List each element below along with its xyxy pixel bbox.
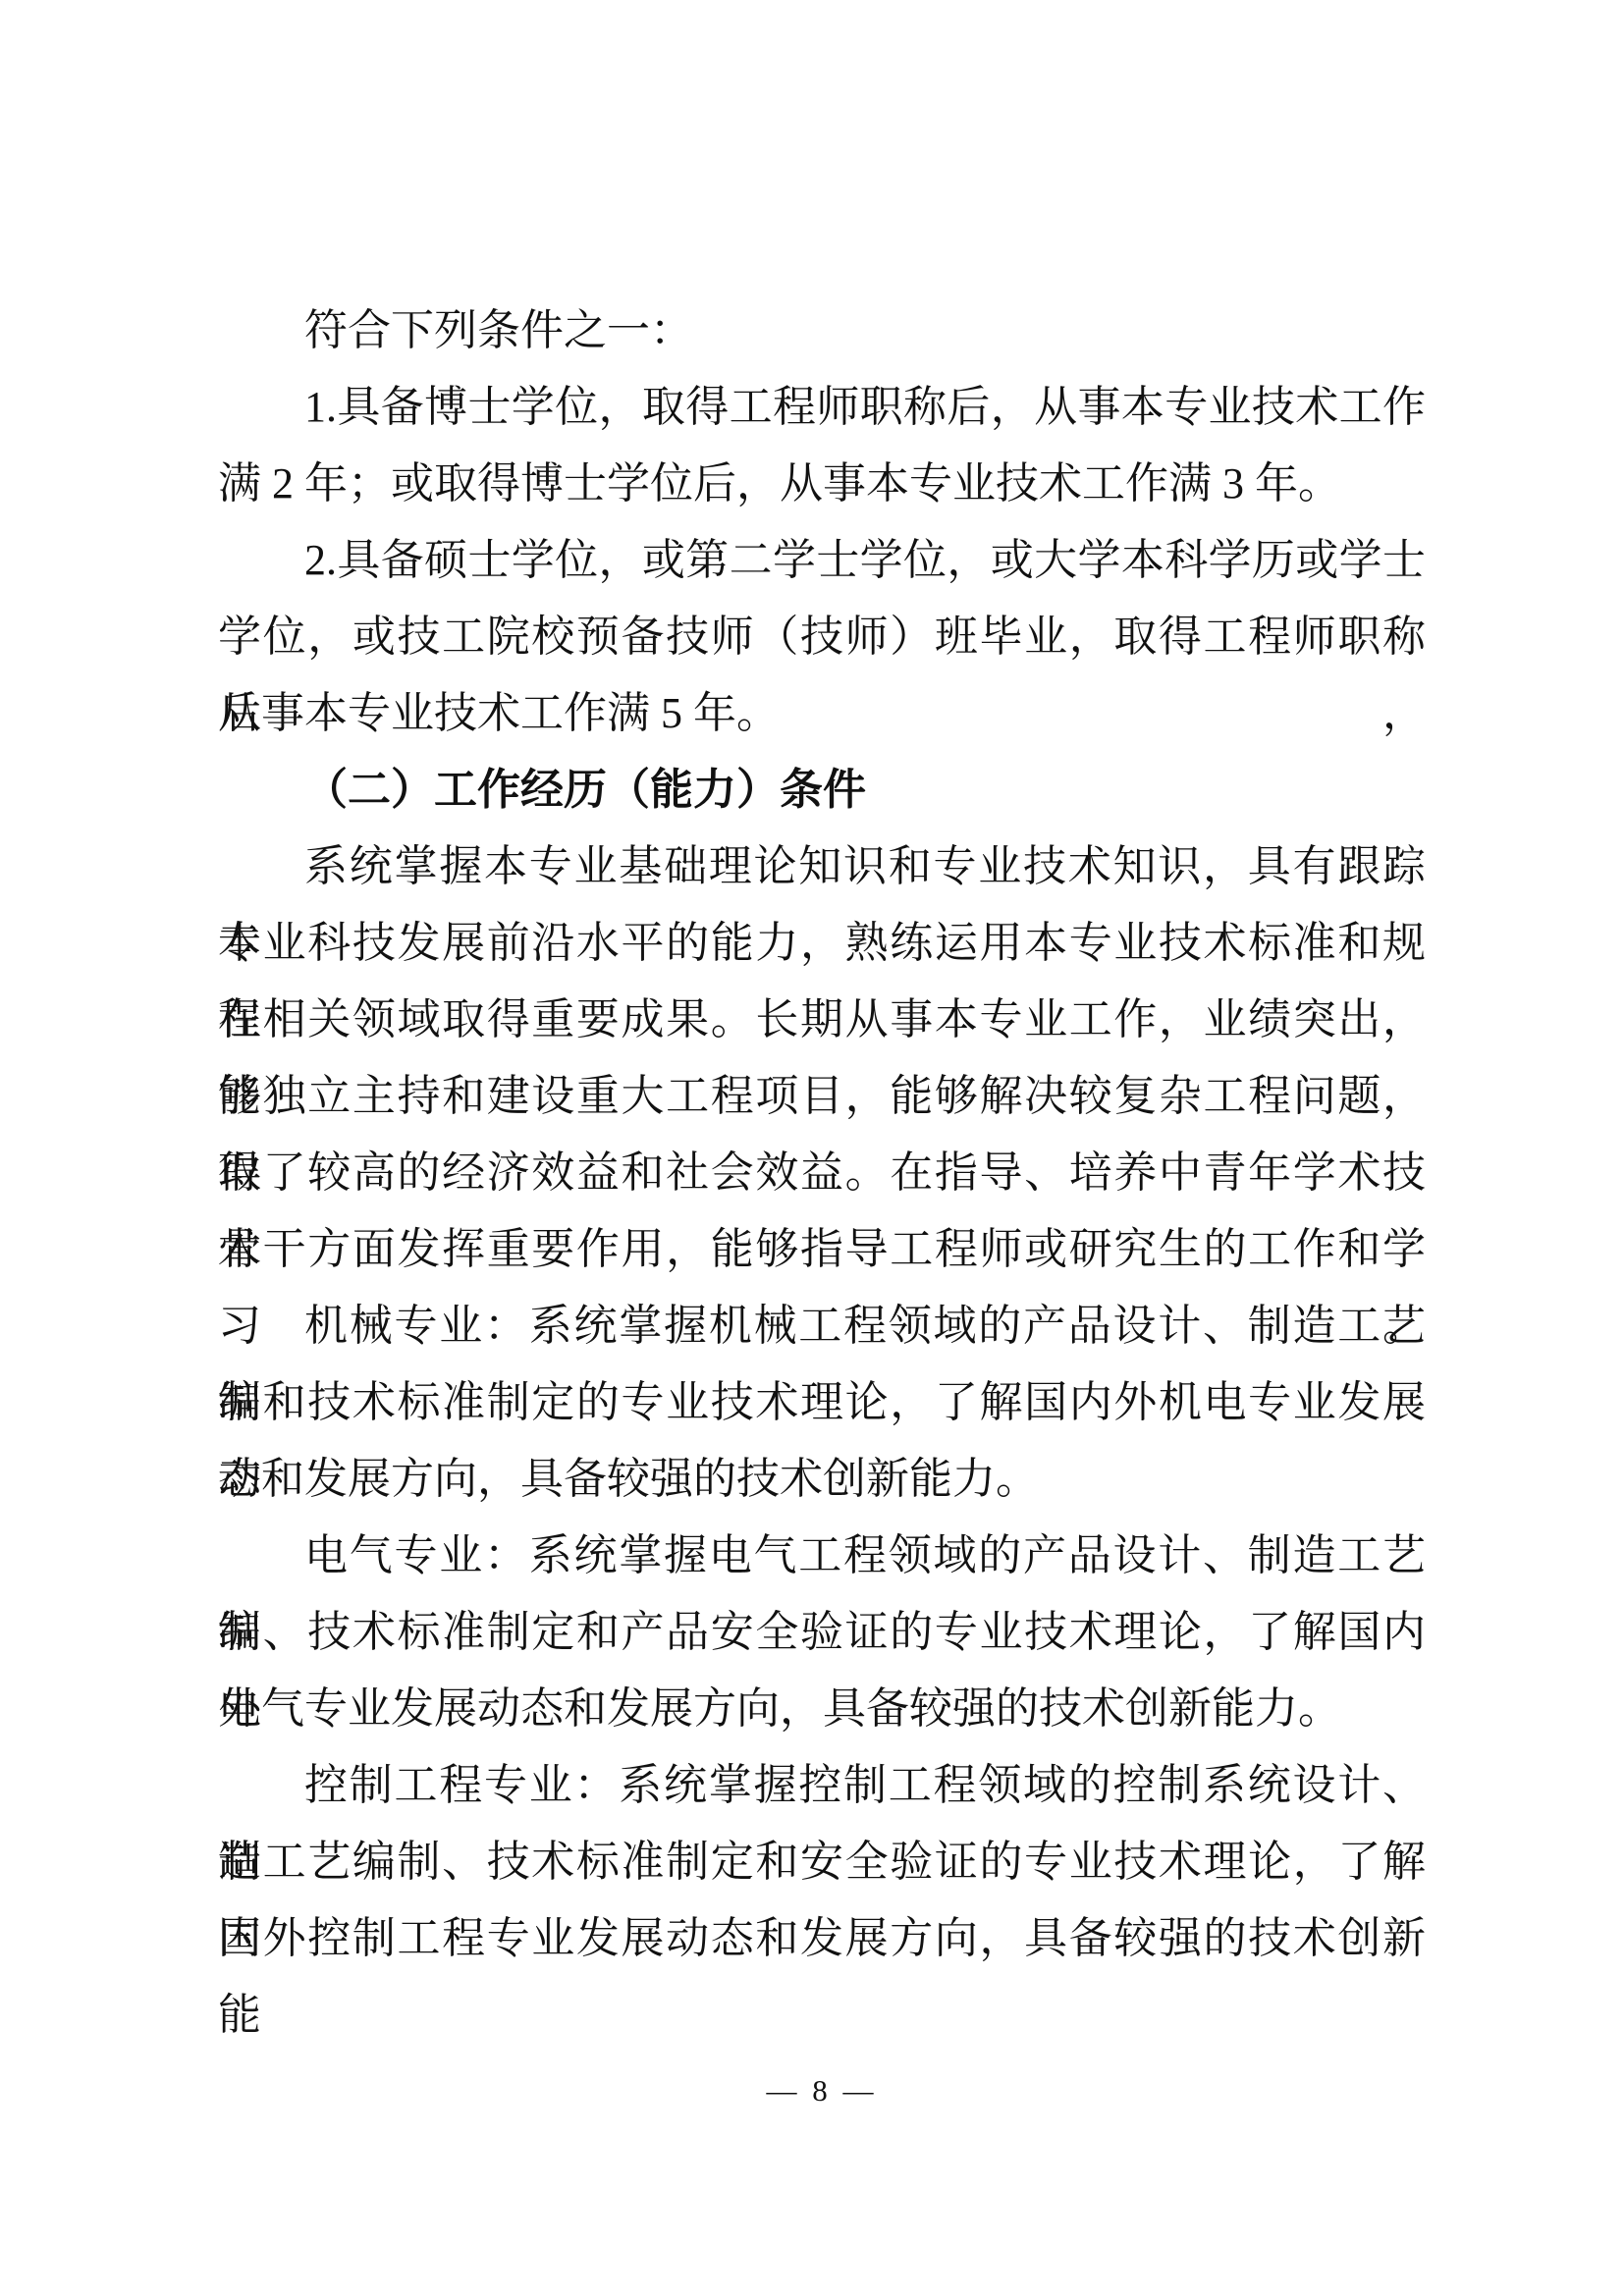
page-number-footer: — 8 — [218,2069,1426,2112]
text-line: 机械专业：系统掌握机械工程领域的产品设计、制造工艺编 [218,1288,1426,1364]
section-heading: （二）工作经历（能力）条件 [218,752,1426,828]
text-line: 专业科技发展前沿水平的能力，熟练运用本专业技术标准和规程， [218,905,1426,982]
text-line: 造工艺编制、技术标准制定和安全验证的专业技术理论，了解国 [218,1824,1426,1900]
body-text: 符合下列条件之一：1.具备博士学位，取得工程师职称后，从事本专业技术工作满 2 … [218,293,1426,1977]
text-line: 电气专业发展动态和发展方向，具备较强的技术创新能力。 [218,1671,1426,1747]
text-line: 电气专业：系统掌握电气工程领域的产品设计、制造工艺编 [218,1518,1426,1594]
text-line: 系统掌握本专业基础理论知识和专业技术知识，具有跟踪本 [218,828,1426,905]
text-line: 学位，或技工院校预备技师（技师）班毕业，取得工程师职称后， [218,599,1426,675]
text-line: 内外控制工程专业发展动态和发展方向，具备较强的技术创新能 [218,1900,1426,1977]
text-line: 制、技术标准制定和产品安全验证的专业技术理论，了解国内外 [218,1594,1426,1671]
text-line: 够独立主持和建设重大工程项目，能够解决较复杂工程问题，取 [218,1058,1426,1135]
text-line: 制和技术标准制定的专业技术理论，了解国内外机电专业发展动 [218,1364,1426,1441]
document-page: 符合下列条件之一：1.具备博士学位，取得工程师职称后，从事本专业技术工作满 2 … [0,0,1624,2296]
text-line: 骨干方面发挥重要作用，能够指导工程师或研究生的工作和学习。 [218,1211,1426,1288]
text-line: 得了较高的经济效益和社会效益。在指导、培养中青年学术技术 [218,1135,1426,1211]
text-line: 在相关领域取得重要成果。长期从事本专业工作，业绩突出，能 [218,982,1426,1058]
text-line: 1.具备博士学位，取得工程师职称后，从事本专业技术工作 [218,369,1426,446]
text-line: 态和发展方向，具备较强的技术创新能力。 [218,1441,1426,1518]
text-line: 2.具备硕士学位，或第二学士学位，或大学本科学历或学士 [218,522,1426,599]
text-line: 满 2 年；或取得博士学位后，从事本专业技术工作满 3 年。 [218,446,1426,522]
text-line: 控制工程专业：系统掌握控制工程领域的控制系统设计、制 [218,1747,1426,1824]
text-line: 符合下列条件之一： [218,293,1426,369]
